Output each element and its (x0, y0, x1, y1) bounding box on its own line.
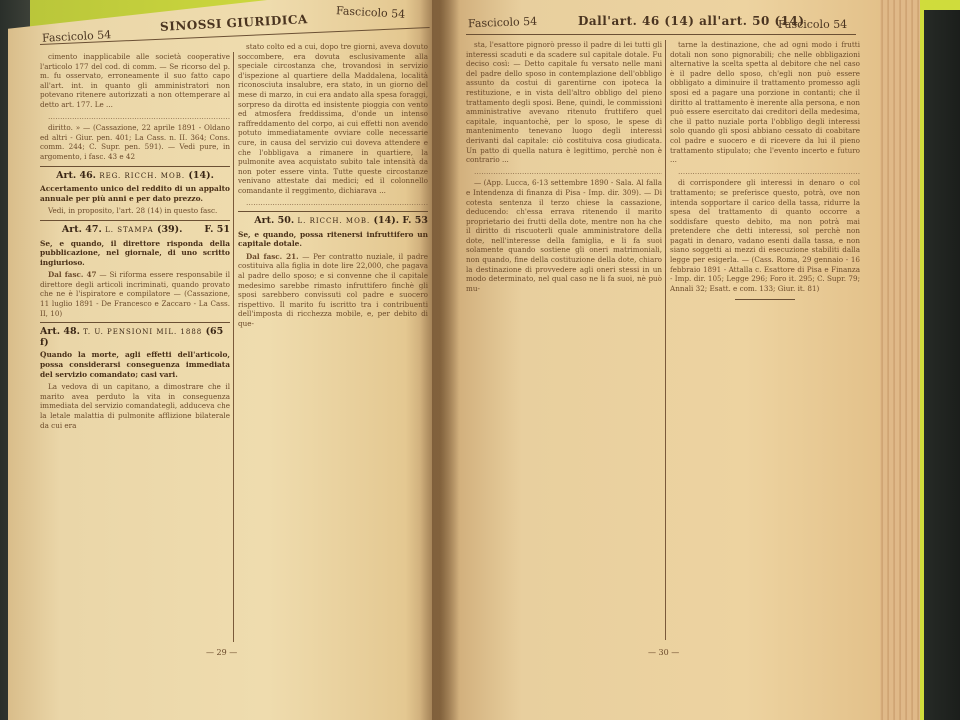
art-50-number: Art. 50. (254, 215, 294, 226)
right-page-number: — 30 — (648, 648, 679, 657)
left-col2-intro: stato colto ed a cui, dopo tre giorni, a… (238, 42, 428, 196)
art-50-ref: (14). (374, 215, 400, 226)
art-48-heading: Art. 48. T. U. PENSIONI MIL. 1888 (65 f) (40, 327, 230, 347)
divider (238, 211, 428, 212)
art-46-number: Art. 46. (56, 170, 96, 181)
right-header-rule (466, 34, 856, 35)
right-header-fascicolo: Fascicolo 54 (468, 15, 538, 30)
art-50-body-lead: Dal fasc. 21. (246, 252, 299, 261)
art-50-heading: Art. 50. L. RICCH. MOB. (14). F. 53 (238, 216, 428, 227)
right-col1-filler: …………………………………………………………………………………………………………… (466, 167, 662, 177)
right-col2-intro: tarne la destinazione, che ad ogni modo … (670, 40, 860, 165)
art-47-body-lead: Dal fasc. 47 (48, 270, 97, 279)
end-divider (735, 299, 795, 300)
left-page-column-1: cimento inapplicabile alle società coope… (40, 52, 230, 642)
art-48-source: T. U. PENSIONI MIL. 1888 (83, 328, 202, 336)
art-47-question: Se, e quando, il direttore risponda dell… (40, 239, 230, 268)
right-col2-filler: …………………………………………………………………………………………………………… (670, 167, 860, 177)
left-col1-intro: cimento inapplicabile alle società coope… (40, 52, 230, 110)
art-48-question: Quando la morte, agli effetti dell'artic… (40, 350, 230, 379)
right-page-column-1: sta, l'esattore pignorò presso il padre … (466, 40, 662, 640)
book-gutter (420, 0, 460, 720)
book-cover-right (924, 10, 960, 720)
right-col2-citation: di corrispondere gli interessi in denaro… (670, 178, 860, 293)
left-column-rule (233, 52, 234, 642)
art-46-source: REG. RICCH. MOB. (99, 172, 185, 180)
right-col1-citation: — (App. Lucca, 6-13 settembre 1890 - Sal… (466, 178, 662, 293)
art-48-body: La vedova di un capitano, a dimostrare c… (40, 382, 230, 430)
art-50-source: L. RICCH. MOB. (298, 217, 371, 225)
left-col2-filler: …………………………………………………………………………………………………………… (238, 198, 428, 208)
art-47-source: L. STAMPA (105, 226, 154, 234)
divider (40, 166, 230, 167)
art-46-ref: (14). (188, 170, 214, 181)
left-page-number: — 29 — (206, 648, 237, 657)
left-page-column-2: stato colto ed a cui, dopo tre giorni, a… (238, 42, 428, 642)
art-50-question: Se, e quando, possa ritenersi infruttife… (238, 230, 428, 249)
right-page-column-2: tarne la destinazione, che ad ogni modo … (670, 40, 860, 640)
art-47-number: Art. 47. (62, 224, 102, 235)
art-46-note: Vedi, in proposito, l'art. 28 (14) in qu… (40, 206, 230, 216)
art-50-body: — Per contratto nuziale, il padre costit… (238, 252, 428, 328)
art-46-heading: Art. 46. REG. RICCH. MOB. (14). (40, 171, 230, 182)
right-header-fascicolo-right: Fascicolo 54 (778, 18, 847, 31)
art-47-ref: (39). (157, 224, 183, 235)
art-48-number: Art. 48. (40, 326, 80, 337)
right-header-title: Dall'art. 46 (14) all'art. 50 (14) (578, 14, 805, 28)
art-47-fasc: F. 51 (204, 225, 230, 235)
open-book: Fascicolo 54 SINOSSI GIURIDICA Fascicolo… (0, 0, 960, 720)
art-46-question: Accertamento unico del reddito di un app… (40, 184, 230, 203)
divider (40, 322, 230, 323)
right-column-rule (665, 40, 666, 640)
right-col1-intro: sta, l'esattore pignorò presso il padre … (466, 40, 662, 165)
art-47-heading: Art. 47. L. STAMPA (39). F. 51 (40, 225, 230, 236)
left-col1-citation: diritto. » — (Cassazione, 22 aprile 1891… (40, 123, 230, 161)
left-col1-filler: …………………………………………………………………………………………………………… (40, 112, 230, 122)
divider (40, 220, 230, 221)
